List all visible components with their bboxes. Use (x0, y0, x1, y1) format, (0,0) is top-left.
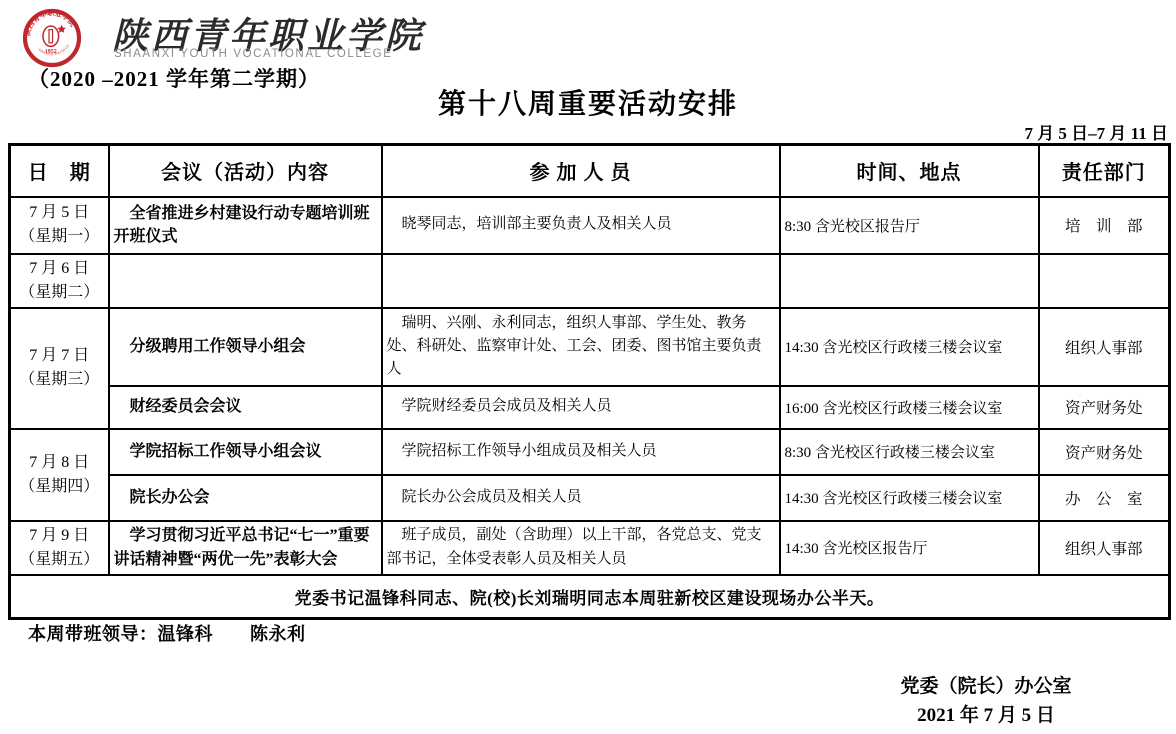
time-place-cell: 8:30 含光校区行政楼三楼会议室 (780, 429, 1039, 475)
department-cell (1039, 254, 1170, 308)
content-cell: 财经委员会会议 (109, 386, 382, 429)
college-name-english: SHAANXI YOUTH VOCATIONAL COLLEGE (114, 48, 393, 60)
table-row: 7 月 6 日 （星期二） (10, 254, 1170, 308)
participants-cell: 学院财经委员会成员及相关人员 (382, 386, 780, 429)
date-line: 7 月 8 日 (15, 451, 104, 475)
participants-cell: 班子成员，副处（含助理）以上干部，各党总支、党支部书记，全体受表彰人员及相关人员 (382, 521, 780, 575)
table-row: 7 月 9 日 （星期五） 学习贯彻习近平总书记“七一”重要讲话精神暨“两优一先… (10, 521, 1170, 575)
date-cell: 7 月 9 日 （星期五） (10, 521, 109, 575)
participants-cell (382, 254, 780, 308)
date-cell: 7 月 5 日 （星期一） (10, 197, 109, 254)
participants-cell: 学院招标工作领导小组成员及相关人员 (382, 429, 780, 475)
date-line: 7 月 5 日 (15, 201, 104, 225)
table-row: 7 月 5 日 （星期一） 全省推进乡村建设行动专题培训班开班仪式 晓琴同志，培… (10, 197, 1170, 254)
header-content: 会议（活动）内容 (109, 145, 382, 197)
department-cell: 资产财务处 (1039, 429, 1170, 475)
date-cell: 7 月 6 日 （星期二） (10, 254, 109, 308)
header-department: 责任部门 (1039, 145, 1170, 197)
department-cell: 资产财务处 (1039, 386, 1170, 429)
issue-date: 2021 年 7 月 5 日 (851, 701, 1121, 730)
table-row: 7 月 8 日 （星期四） 学院招标工作领导小组会议 学院招标工作领导小组成员及… (10, 429, 1170, 475)
time-place-cell: 14:30 含光校区报告厅 (780, 521, 1039, 575)
table-note-row: 党委书记温锋科同志、院(校)长刘瑞明同志本周驻新校区建设现场办公半天。 (10, 575, 1170, 619)
weekday-line: （星期二） (15, 281, 104, 305)
participants-cell: 瑞明、兴刚、永利同志，组织人事部、学生处、教务处、科研处、监察审计处、工会、团委… (382, 308, 780, 386)
duty-leaders-line: 本周带班领导：温锋科 陈永利 (28, 620, 306, 646)
page-title: 第十八周重要活动安排 (0, 82, 1176, 122)
time-place-cell: 14:30 含光校区行政楼三楼会议室 (780, 475, 1039, 521)
weekly-note-cell: 党委书记温锋科同志、院(校)长刘瑞明同志本周驻新校区建设现场办公半天。 (10, 575, 1170, 619)
header-time-place: 时间、地点 (780, 145, 1039, 197)
date-line: 7 月 6 日 (15, 257, 104, 281)
weekday-line: （星期一） (15, 225, 104, 249)
table-row: 院长办公会 院长办公会成员及相关人员 14:30 含光校区行政楼三楼会议室 办 … (10, 475, 1170, 521)
date-cell: 7 月 8 日 （星期四） (10, 429, 109, 521)
content-cell: 全省推进乡村建设行动专题培训班开班仪式 (109, 197, 382, 254)
schedule-table: 日 期 会议（活动）内容 参 加 人 员 时间、地点 责任部门 7 月 5 日 … (8, 143, 1171, 620)
issuer-block: 党委（院长）办公室 2021 年 7 月 5 日 (851, 672, 1121, 731)
content-cell: 分级聘用工作领导小组会 (109, 308, 382, 386)
weekday-line: （星期五） (15, 548, 104, 572)
date-cell: 7 月 7 日 （星期三） (10, 308, 109, 429)
department-cell: 组织人事部 (1039, 521, 1170, 575)
document-page: 陕西青年职业学院 SHAANXI YOUTH COLLEGE 1952 陕西青年… (0, 0, 1176, 734)
weekday-line: （星期四） (15, 475, 104, 499)
time-place-cell: 8:30 含光校区报告厅 (780, 197, 1039, 254)
header-participants: 参 加 人 员 (382, 145, 780, 197)
table-row: 财经委员会会议 学院财经委员会成员及相关人员 16:00 含光校区行政楼三楼会议… (10, 386, 1170, 429)
table-header-row: 日 期 会议（活动）内容 参 加 人 员 时间、地点 责任部门 (10, 145, 1170, 197)
issuer-office: 党委（院长）办公室 (851, 672, 1121, 701)
department-cell: 办 公 室 (1039, 475, 1170, 521)
seal-year: 1952 (45, 49, 57, 55)
content-cell: 院长办公会 (109, 475, 382, 521)
table-row: 7 月 7 日 （星期三） 分级聘用工作领导小组会 瑞明、兴刚、永利同志，组织人… (10, 308, 1170, 386)
content-cell (109, 254, 382, 308)
weekday-line: （星期三） (15, 368, 104, 392)
participants-cell: 晓琴同志，培训部主要负责人及相关人员 (382, 197, 780, 254)
date-line: 7 月 9 日 (15, 524, 104, 548)
date-line: 7 月 7 日 (15, 344, 104, 368)
time-place-cell: 14:30 含光校区行政楼三楼会议室 (780, 308, 1039, 386)
college-seal-icon: 陕西青年职业学院 SHAANXI YOUTH COLLEGE 1952 (22, 8, 82, 68)
content-cell: 学院招标工作领导小组会议 (109, 429, 382, 475)
department-cell: 组织人事部 (1039, 308, 1170, 386)
week-date-range: 7 月 5 日–7 月 11 日 (1024, 119, 1168, 144)
department-cell: 培 训 部 (1039, 197, 1170, 254)
time-place-cell (780, 254, 1039, 308)
time-place-cell: 16:00 含光校区行政楼三楼会议室 (780, 386, 1039, 429)
participants-cell: 院长办公会成员及相关人员 (382, 475, 780, 521)
content-cell: 学习贯彻习近平总书记“七一”重要讲话精神暨“两优一先”表彰大会 (109, 521, 382, 575)
header-date: 日 期 (10, 145, 109, 197)
